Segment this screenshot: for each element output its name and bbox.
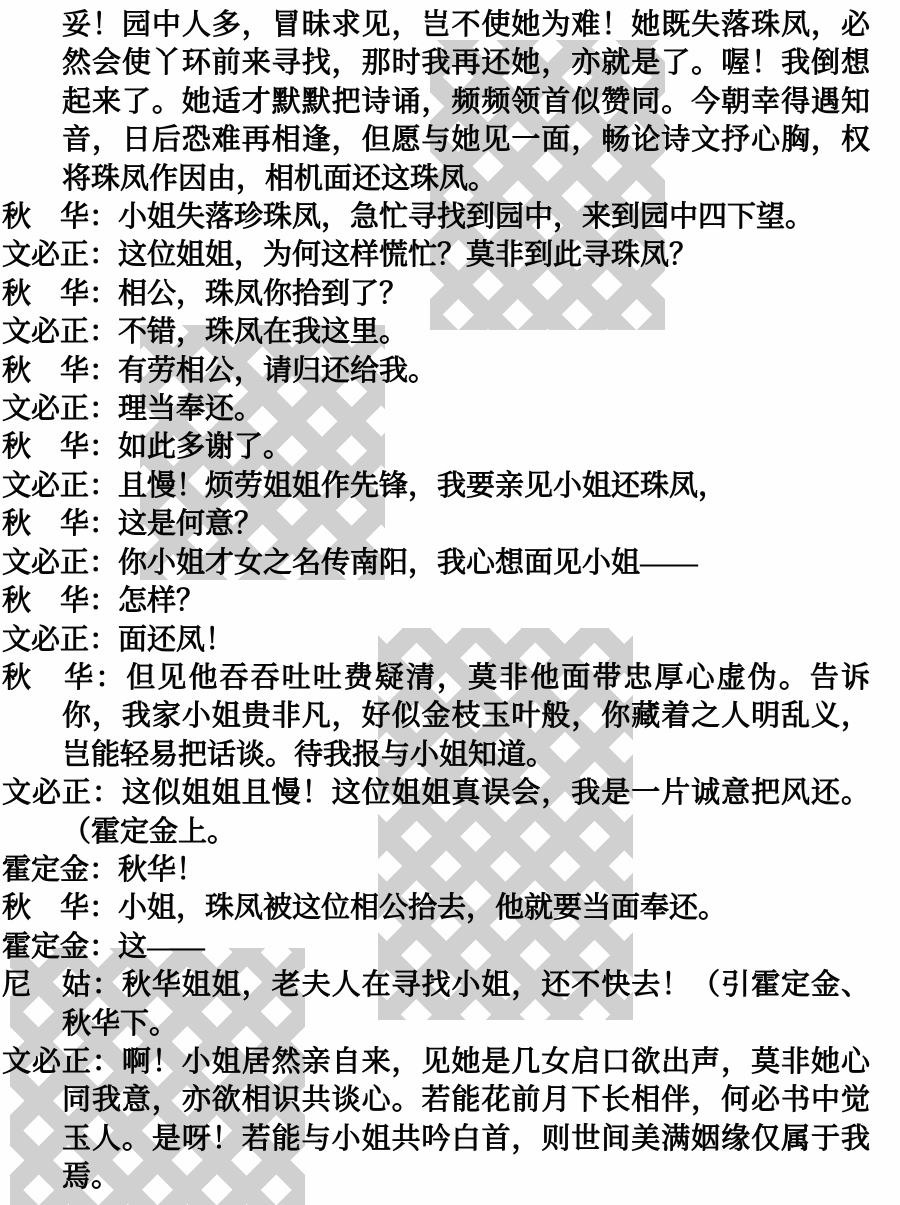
dialogue-text: 面还凤！ [118,624,234,656]
speaker-name: 文必正： [2,316,118,348]
speaker-name: 秋 华： [2,431,118,463]
dialogue-line: 文必正：这位姐姐，为何这样慌忙？莫非到此寻珠凤？ [2,236,870,274]
speaker-name: 文必正： [2,1046,122,1078]
script-text-block: 妥！园中人多，冒昧求见，岂不使她为难！她既失落珠凤，必然会使丫环前来寻找，那时我… [0,0,900,1197]
dialogue-text: 秋华！ [118,854,205,886]
dialogue-text: 但见他吞吞吐吐费疑清，莫非他面带忠厚心虚伪。告诉你，我家小姐贵非凡，好似金枝玉叶… [62,662,870,771]
dialogue-text: 这位姐姐，为何这样慌忙？莫非到此寻珠凤？ [118,239,698,271]
dialogue-text: 小姐失落珍珠凤，急忙寻找到园中，来到园中四下望。 [118,201,814,233]
dialogue-line: 霍定金：这—— [2,928,870,966]
dialogue-line: 文必正：啊！小姐居然亲自来，见她是几女启口欲出声，莫非她心同我意，亦欲相识共谈心… [2,1043,870,1197]
dialogue-line: 文必正：理当奉还。 [2,390,870,428]
speaker-name: 文必正： [2,239,118,271]
dialogue-line: 秋 华：有劳相公，请归还给我。 [2,352,870,390]
dialogue-text: 这—— [118,931,205,963]
dialogue-line: 秋 华：小姐，珠凤被这位相公拾去，他就要当面奉还。 [2,889,870,927]
speaker-name: 秋 华： [2,508,118,540]
dialogue-list: 秋 华：小姐失落珍珠凤，急忙寻找到园中，来到园中四下望。文必正：这位姐姐，为何这… [2,198,870,1197]
speaker-name: 文必正： [2,624,118,656]
dialogue-line: 秋 华：但见他吞吞吐吐费疑清，莫非他面带忠厚心虚伪。告诉你，我家小姐贵非凡，好似… [2,659,870,774]
dialogue-line: 霍定金：秋华！ [2,851,870,889]
dialogue-text: 这似姐姐且慢！这位姐姐真误会，我是一片诚意把风还。（霍定金上。 [62,777,870,847]
script-page: 妥！园中人多，冒昧求见，岂不使她为难！她既失落珠凤，必然会使丫环前来寻找，那时我… [0,0,900,1205]
dialogue-line: 秋 华：怎样？ [2,582,870,620]
speaker-name: 尼 姑： [2,969,122,1001]
dialogue-line: 秋 华：如此多谢了。 [2,428,870,466]
dialogue-text: 如此多谢了。 [118,431,292,463]
opening-paragraph: 妥！园中人多，冒昧求见，岂不使她为难！她既失落珠凤，必然会使丫环前来寻找，那时我… [62,6,870,198]
dialogue-text: 怎样？ [118,585,205,617]
dialogue-line: 文必正：这似姐姐且慢！这位姐姐真误会，我是一片诚意把风还。（霍定金上。 [2,774,870,851]
dialogue-text: 这是何意？ [118,508,263,540]
speaker-name: 秋 华： [2,355,118,387]
dialogue-line: 文必正：且慢！烦劳姐姐作先锋，我要亲见小姐还珠凤， [2,467,870,505]
speaker-name: 秋 华： [2,278,118,310]
speaker-name: 文必正： [2,547,118,579]
speaker-name: 霍定金： [2,854,118,886]
dialogue-text: 啊！小姐居然亲自来，见她是几女启口欲出声，莫非她心同我意，亦欲相识共谈心。若能花… [62,1046,870,1193]
dialogue-text: 你小姐才女之名传南阳，我心想面见小姐—— [118,547,698,579]
speaker-name: 文必正： [2,777,122,809]
speaker-name: 秋 华： [2,201,118,233]
speaker-name: 秋 华： [2,585,118,617]
dialogue-line: 文必正：不错，珠凤在我这里。 [2,313,870,351]
dialogue-text: 理当奉还。 [118,393,263,425]
dialogue-text: 秋华姐姐，老夫人在寻找小姐，还不快去！（引霍定金、秋华下。 [62,969,870,1039]
speaker-name: 霍定金： [2,931,118,963]
speaker-name: 秋 华： [2,892,118,924]
dialogue-line: 文必正：你小姐才女之名传南阳，我心想面见小姐—— [2,544,870,582]
dialogue-text: 有劳相公，请归还给我。 [118,355,437,387]
speaker-name: 文必正： [2,470,118,502]
dialogue-line: 尼 姑：秋华姐姐，老夫人在寻找小姐，还不快去！（引霍定金、秋华下。 [2,966,870,1043]
speaker-name: 文必正： [2,393,118,425]
dialogue-text: 小姐，珠凤被这位相公拾去，他就要当面奉还。 [118,892,727,924]
dialogue-line: 秋 华：小姐失落珍珠凤，急忙寻找到园中，来到园中四下望。 [2,198,870,236]
dialogue-line: 文必正：面还凤！ [2,621,870,659]
dialogue-text: 不错，珠凤在我这里。 [118,316,408,348]
dialogue-text: 相公，珠凤你拾到了？ [118,278,408,310]
dialogue-line: 秋 华：这是何意？ [2,505,870,543]
dialogue-text: 且慢！烦劳姐姐作先锋，我要亲见小姐还珠凤， [118,470,727,502]
speaker-name: 秋 华： [2,662,126,694]
dialogue-line: 秋 华：相公，珠凤你拾到了？ [2,275,870,313]
